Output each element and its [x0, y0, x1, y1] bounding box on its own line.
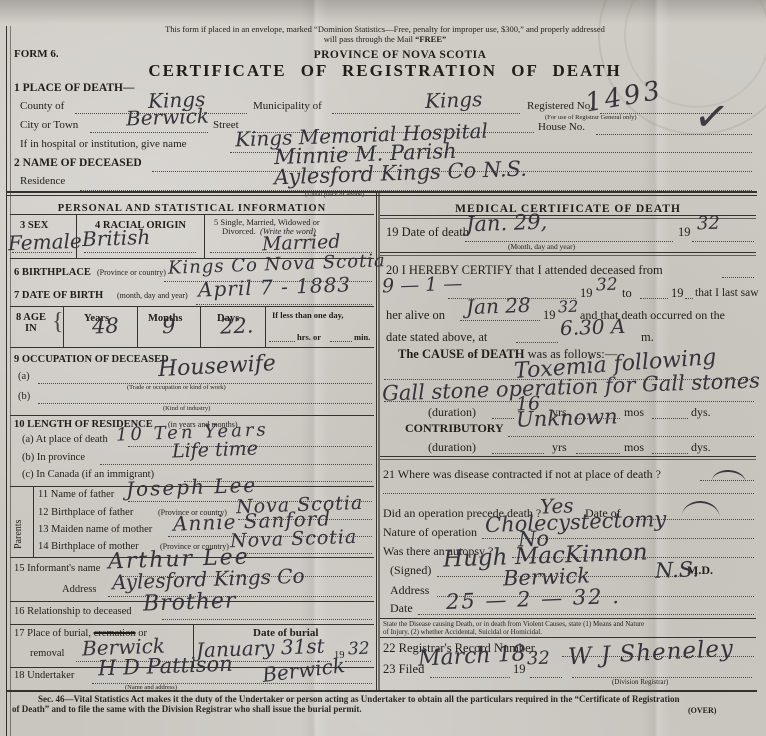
to-label: to [622, 287, 632, 300]
dotted-line [492, 418, 514, 419]
residence-b-label: (b) In province [22, 452, 85, 463]
informant-label: 15 Informant's name [14, 563, 100, 574]
dotted-line [84, 252, 196, 253]
dotted-line [596, 134, 752, 135]
father-name-label: 11 Name of father [38, 489, 114, 500]
contributory-value: Unknown [516, 406, 618, 431]
rule [10, 415, 374, 416]
dotted-line [685, 298, 693, 299]
rule [10, 347, 374, 348]
disease-contracted-label: 21 Where was disease contracted if not a… [383, 468, 661, 481]
occupation-a-label: (a) [18, 371, 30, 382]
municipality-value: Kings [425, 89, 483, 111]
age-years-value: 48 [92, 316, 119, 338]
undertaker-value: H D Pattison [98, 654, 233, 680]
alive-year-value: 32 [558, 299, 579, 316]
dotted-line [516, 342, 558, 343]
yrs2-label: yrs [552, 441, 567, 454]
relationship-value: Brother [143, 590, 237, 615]
residence-value: Aylesford Kings Co N.S. [274, 159, 527, 189]
rule [204, 214, 205, 258]
nature-operation-label: Nature of operation [383, 526, 477, 539]
duration2-label: (duration) [428, 441, 476, 454]
age-label: 8 AGE [16, 312, 46, 323]
dotted-line [269, 341, 295, 342]
alive-year-printed: 19 [543, 309, 556, 322]
rule [380, 252, 756, 253]
burial-year-value: 32 [348, 641, 370, 659]
contributory-label: CONTRIBUTORY [405, 422, 504, 435]
name-of-deceased-label: 2 NAME OF DECEASED [14, 157, 142, 169]
dotted-line [100, 464, 372, 465]
occupation-a-value: Housewife [158, 353, 277, 381]
form-number: FORM 6. [14, 49, 59, 61]
rule [380, 456, 756, 457]
dotted-line [692, 241, 754, 242]
less-than-day-label: If less than one day, [272, 311, 344, 320]
rule [10, 214, 374, 215]
age-months-value: 9 [162, 316, 176, 337]
death-certificate-document: This form if placed in an envelope, mark… [0, 0, 766, 736]
filed-year-value: 32 [527, 650, 551, 669]
date-of-death-value: Jan. 29, [466, 212, 548, 236]
rule [380, 255, 756, 256]
signed-label: (Signed) [390, 564, 431, 577]
dotted-line [652, 453, 688, 454]
cause-line2-value: Gall stone operation for Gall stones [382, 370, 761, 404]
age-in-label: IN [25, 323, 37, 334]
rule [7, 191, 757, 193]
last-saw-label: that I last saw [695, 287, 759, 299]
over-label: (OVER) [688, 707, 716, 715]
place-of-death-section-label: 1 PLACE OF DEATH— [14, 82, 134, 94]
attended-from-value: 9 — 1 — [382, 275, 463, 297]
physician-date-value: 25 — 2 — 32 . [446, 586, 621, 613]
parents-label: Parents [14, 497, 25, 549]
attended-from-year-value: 32 [596, 277, 618, 295]
dod-year-value: 32 [697, 215, 721, 234]
rule [6, 26, 7, 736]
cause-bold: The CAUSE of DEATH [398, 347, 525, 361]
pen-stroke-icon [682, 500, 721, 518]
alive-label: her alive on [386, 309, 445, 322]
mos2-label: mos [624, 441, 644, 454]
relationship-label: 16 Relationship to deceased [14, 606, 132, 617]
min-label: min. [354, 333, 370, 342]
undertaker-label: 18 Undertaker [14, 670, 74, 681]
dotted-line [38, 403, 372, 404]
dotted-line [530, 677, 562, 678]
rule [33, 486, 34, 557]
dotted-line [640, 298, 668, 299]
rule [10, 624, 374, 625]
burial-label-text: 17 Place of burial, [14, 628, 91, 639]
physician-date-label: Date [390, 602, 413, 615]
division-registrar-signature: W J Sheneley [568, 638, 735, 670]
physician-address-label: Address [390, 584, 429, 597]
registered-no-label: Registered No. [527, 101, 593, 113]
dotted-line [90, 132, 208, 133]
mos-label: mos [624, 406, 644, 419]
dotted-line [162, 619, 372, 620]
am-label: m. [641, 331, 654, 344]
province-title: PROVINCE OF NOVA SCOTIA [250, 49, 550, 61]
dob-note: (month, day and year) [117, 292, 188, 300]
birthplace-label: 6 BIRTHPLACE [14, 267, 91, 278]
rule [10, 26, 11, 736]
dotted-line [576, 453, 620, 454]
date-of-death-label: 19 Date of death [386, 226, 469, 239]
dob-value: April 7 - 1883 [198, 274, 352, 299]
mailing-note-free: “FREE” [415, 34, 446, 44]
burial-removal-label: removal [30, 648, 64, 659]
dotted-line [330, 341, 352, 342]
filed-date-value: March 18 [417, 643, 526, 671]
occupation-b-label: (b) [18, 391, 30, 402]
division-registrar-note: (Division Registrar) [612, 679, 668, 686]
mother-name-label: 13 Maiden name of mother [38, 524, 152, 535]
date-of-death-note: (Month, day and year) [508, 243, 575, 251]
rule [10, 306, 374, 307]
age-days-value: 22. [220, 315, 254, 337]
pen-stroke-icon [712, 469, 747, 483]
dotted-line [196, 304, 372, 305]
rule [265, 306, 266, 347]
city-town-label: City or Town [20, 120, 78, 132]
dotted-line [722, 277, 754, 278]
dys2-label: dys. [691, 441, 711, 454]
certificate-title: CERTIFICATE OF REGISTRATION OF DEATH [60, 62, 710, 80]
dotted-line [460, 320, 540, 321]
dob-label: 7 DATE OF BIRTH [14, 290, 103, 301]
mailing-note-prefix: will pass through the Mail [324, 34, 415, 44]
occupation-a-note: (Trade or occupation or kind of work) [127, 385, 226, 392]
marital-divorced: Divorced. [222, 226, 256, 236]
dotted-line [492, 453, 544, 454]
alive-date-value: Jan 28 [466, 295, 531, 317]
informant-address-label: Address [62, 584, 96, 595]
occupation-b-note: (Kind of industry) [163, 406, 210, 413]
house-no-label: House No. [538, 122, 585, 134]
stated-time-value: 6.30 A [560, 316, 626, 338]
rule [380, 459, 756, 460]
birthplace-note: (Province or country) [97, 269, 166, 277]
duration-label: (duration) [428, 406, 476, 419]
dotted-line [345, 661, 371, 662]
hospital-label: If in hospital or institution, give name [20, 139, 187, 151]
dotted-line [652, 418, 688, 419]
mailing-note-line2: will pass through the Mail “FREE” [80, 35, 690, 44]
dotted-line [418, 614, 754, 615]
footnote-line2: of Death” and to file the same with the … [12, 705, 362, 714]
age-brace: { [52, 310, 64, 335]
dotted-line [240, 553, 372, 554]
attended-from-year-printed: 19 [580, 287, 593, 300]
dys-label: dys. [691, 406, 711, 419]
dotted-line [332, 113, 520, 114]
municipality-label: Municipality of [253, 101, 322, 113]
dotted-line [430, 677, 510, 678]
dod-year-printed: 19 [678, 226, 691, 239]
rule [7, 690, 757, 692]
rule [200, 306, 201, 347]
city-town-value: Berwick [126, 106, 210, 129]
residence-a-label: (a) At place of death [22, 434, 108, 445]
mailing-note-line1: This form if placed in an envelope, mark… [80, 25, 690, 34]
racial-origin-value: British [82, 227, 151, 249]
stated-label: date stated above, at [386, 331, 487, 344]
residence-label: Residence [20, 176, 65, 188]
dotted-line [508, 436, 754, 437]
personal-section-header: PERSONAL AND STATISTICAL INFORMATION [10, 203, 374, 214]
to-year-printed: 19 [671, 287, 684, 300]
residence-b-value: Life time [172, 440, 259, 462]
occupation-label: 9 OCCUPATION OF DECEASED [14, 354, 169, 365]
hrs-label: hrs. or [297, 333, 321, 342]
violent-causes-note2: of Injury, (2) whether Accidental, Suici… [383, 629, 542, 636]
rule [137, 306, 138, 347]
sex-value: Female [8, 231, 82, 254]
nature-operation-value: Cholecystectomy [485, 509, 667, 536]
rule [7, 195, 757, 196]
marital-value: Married [262, 233, 341, 255]
physician-province-value: N.S. [655, 559, 700, 582]
county-label: County of [20, 101, 64, 113]
house-no-checkmark: ✓ [691, 94, 732, 140]
father-birthplace-label: 12 Birthplace of father [38, 507, 133, 518]
filed-year-printed: 19 [513, 663, 526, 676]
